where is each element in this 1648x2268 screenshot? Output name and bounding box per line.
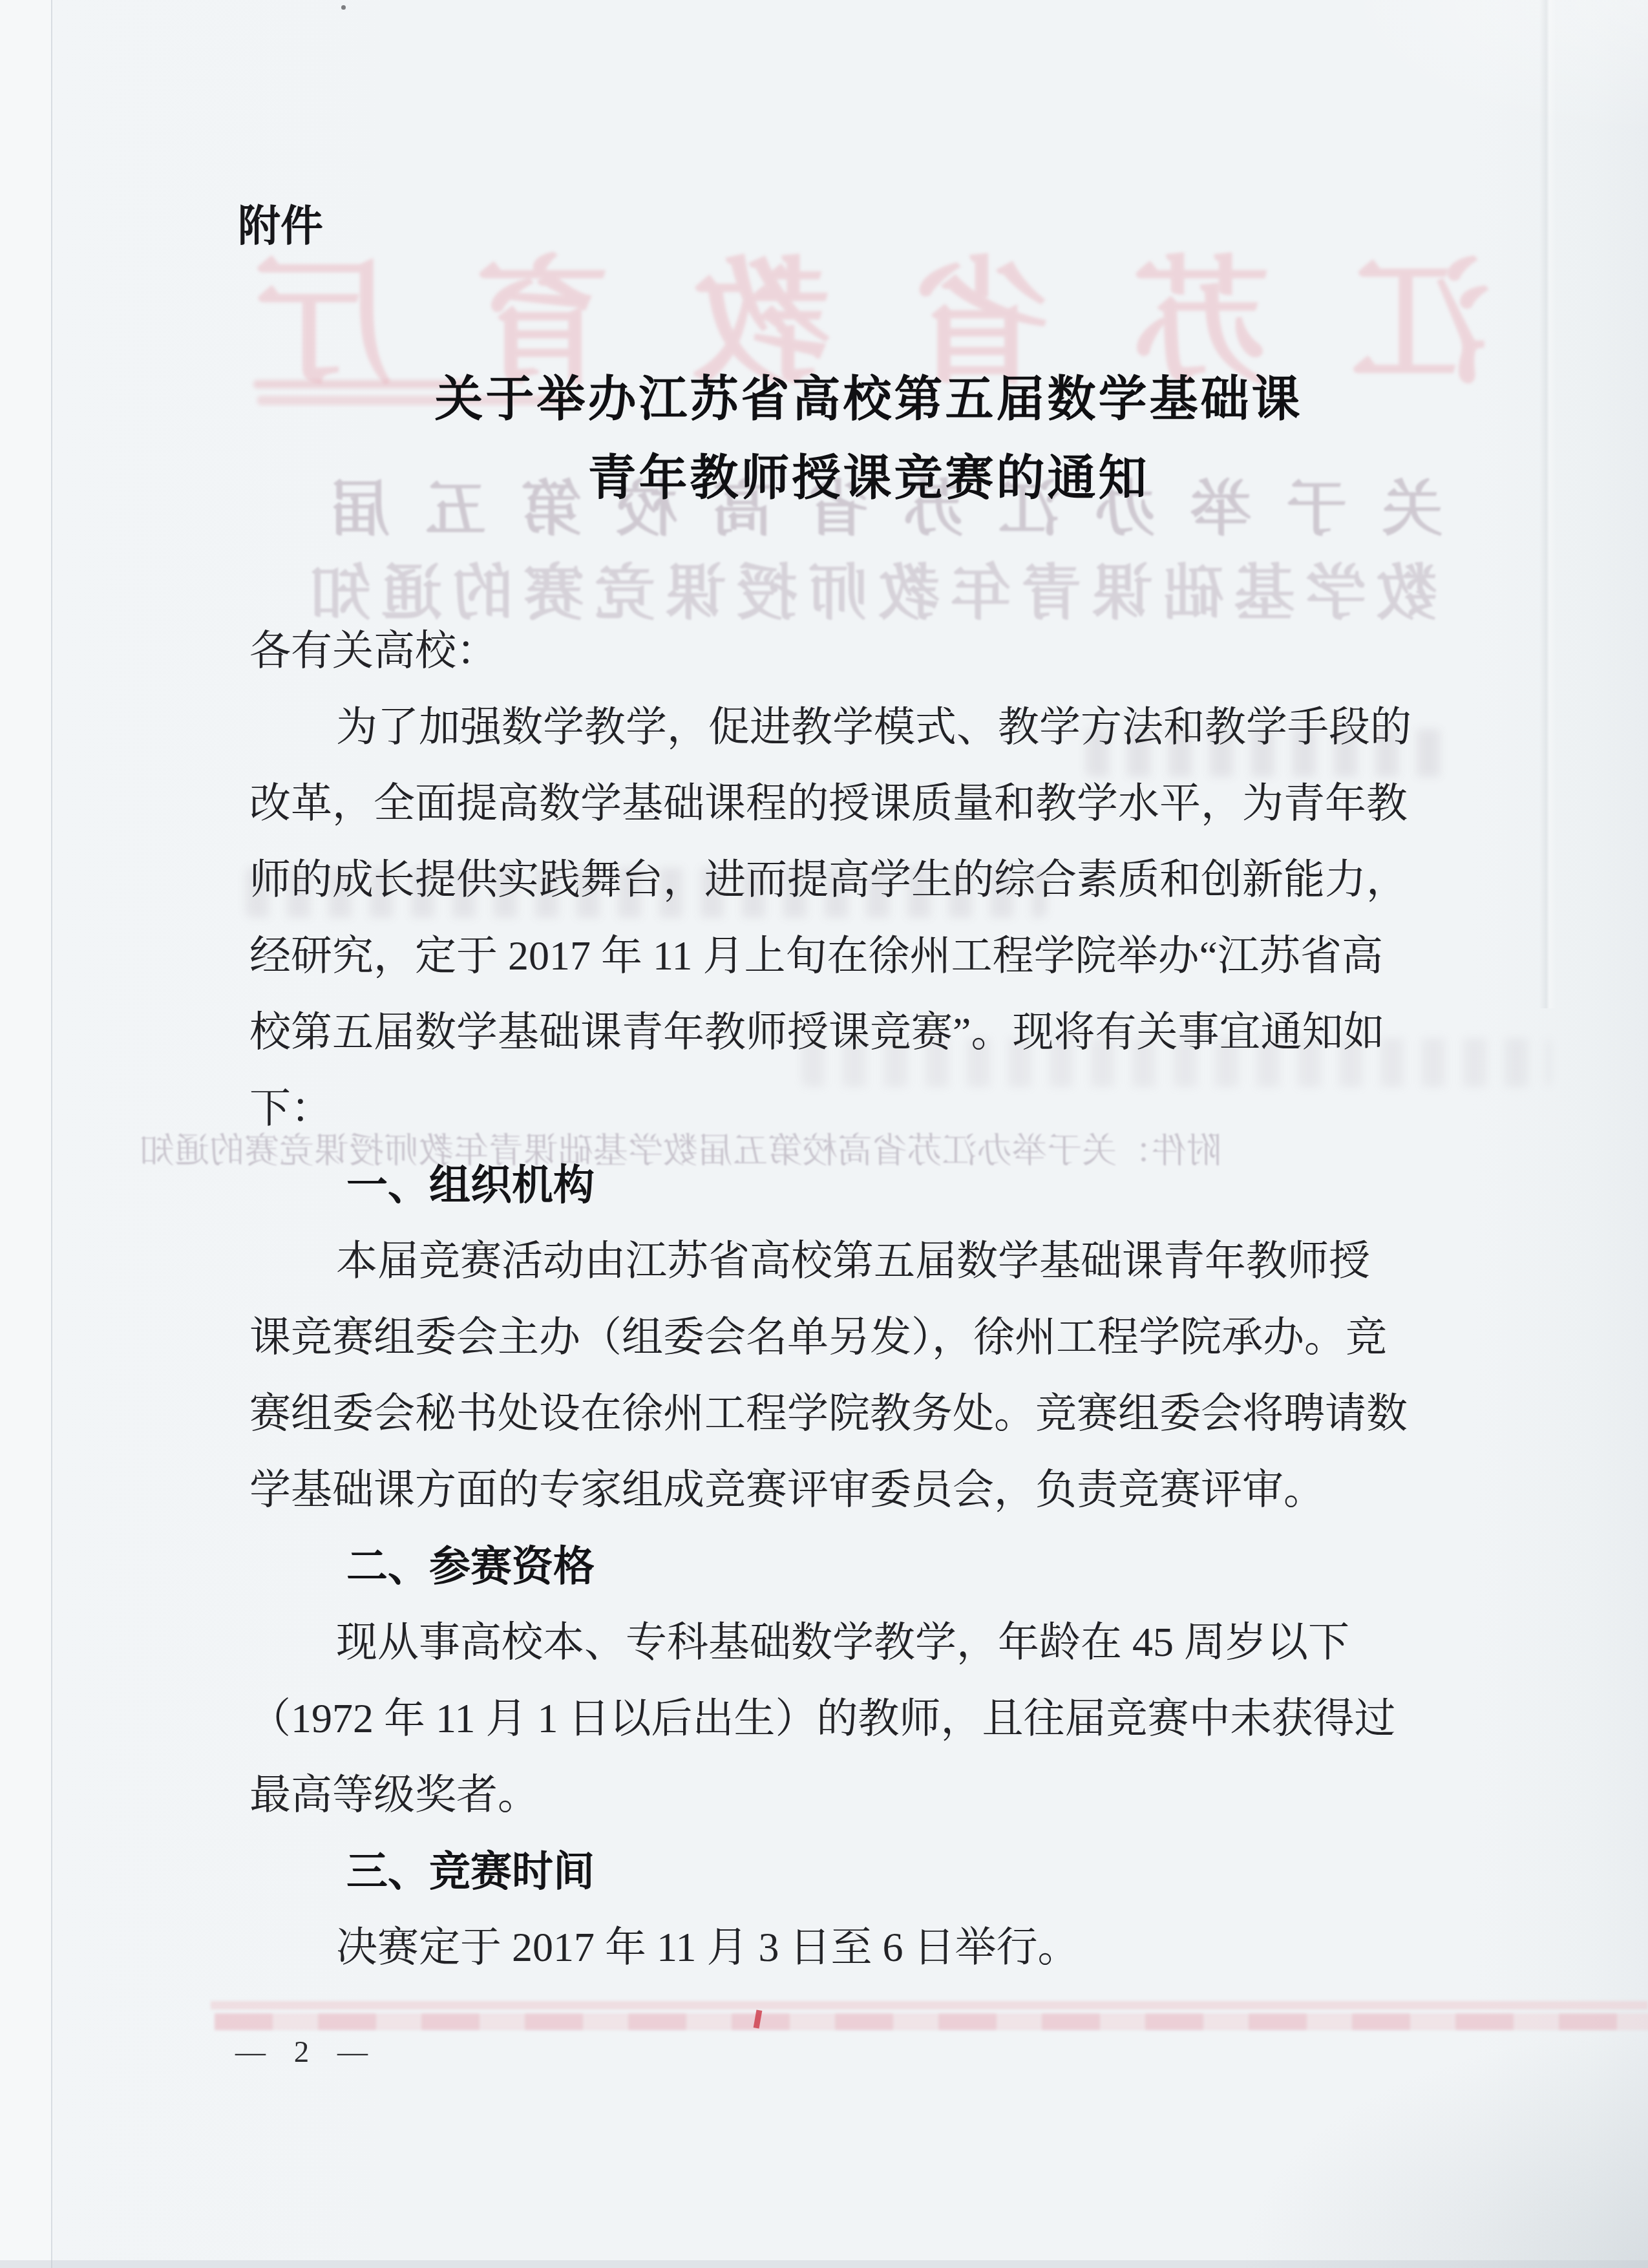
body-line: 课竞赛组委会主办（组委会名单另发），徐州工程学院承办。竞 [249, 1299, 1444, 1375]
body-line: 本届竞赛活动由江苏省高校第五届数学基础课青年教师授 [249, 1223, 1444, 1299]
body-line: 经研究，定于 2017 年 11 月上旬在徐州工程学院举办“江苏省高 [249, 918, 1444, 994]
body-line: 现从事高校本、专科基础数学教学，年龄在 45 周岁以下 [249, 1604, 1444, 1680]
section-heading-1: 一、组织机构 [249, 1147, 1444, 1223]
page-number: — 2 — [235, 2035, 378, 2070]
attachment-label: 附件 [238, 191, 323, 253]
bleed-band-strip [211, 2001, 1648, 2009]
body-line: 为了加强数学教学，促进教学模式、教学方法和教学手段的 [249, 689, 1444, 765]
scan-speck [341, 5, 346, 10]
document-title-line2: 青年教师授课竞赛的通知 [271, 438, 1466, 517]
section-heading-2: 二、参赛资格 [249, 1528, 1444, 1604]
body-line: 改革，全面提高数学基础课程的授课质量和教学水平，为青年教 [249, 765, 1444, 842]
scanned-document-page: 江苏省教育厅 关于举办江苏省高校第五届 数学基础课青年教师授课竞赛的通知 附件：… [0, 0, 1648, 2268]
scan-bottom-edge [0, 2260, 1648, 2268]
body-line: 学基础课方面的专家组成竞赛评审委员会，负责竞赛评审。 [249, 1452, 1444, 1528]
bleed-red-tick [754, 2009, 763, 2028]
body-line: 最高等级奖者。 [249, 1757, 1444, 1833]
body-line: 决赛定于 2017 年 11 月 3 日至 6 日举行。 [249, 1909, 1444, 1986]
section-heading-3: 三、竞赛时间 [249, 1833, 1444, 1909]
body-line: 校第五届数学基础课青年教师授课竞赛”。现将有关事宜通知如 [249, 994, 1444, 1070]
paper-crease [1539, 0, 1556, 1008]
body-line: （1972 年 11 月 1 日以后出生）的教师，且往届竞赛中未获得过 [249, 1680, 1444, 1757]
salutation: 各有关高校： [249, 613, 1444, 689]
bleed-band [211, 2001, 1648, 2036]
document-title-line1: 关于举办江苏省高校第五届数学基础课 [271, 359, 1466, 438]
paper-edge-line [51, 0, 52, 2268]
document-body: 各有关高校： 为了加强数学教学，促进教学模式、教学方法和教学手段的 改革，全面提… [249, 613, 1444, 1986]
body-line: 赛组委会秘书处设在徐州工程学院教务处。竞赛组委会将聘请数 [249, 1375, 1444, 1452]
body-line: 下： [249, 1070, 1444, 1147]
bleed-band-strip [215, 2013, 1648, 2030]
document-title: 关于举办江苏省高校第五届数学基础课 青年教师授课竞赛的通知 [271, 359, 1466, 517]
body-line: 师的成长提供实践舞台，进而提高学生的综合素质和创新能力， [249, 842, 1444, 918]
